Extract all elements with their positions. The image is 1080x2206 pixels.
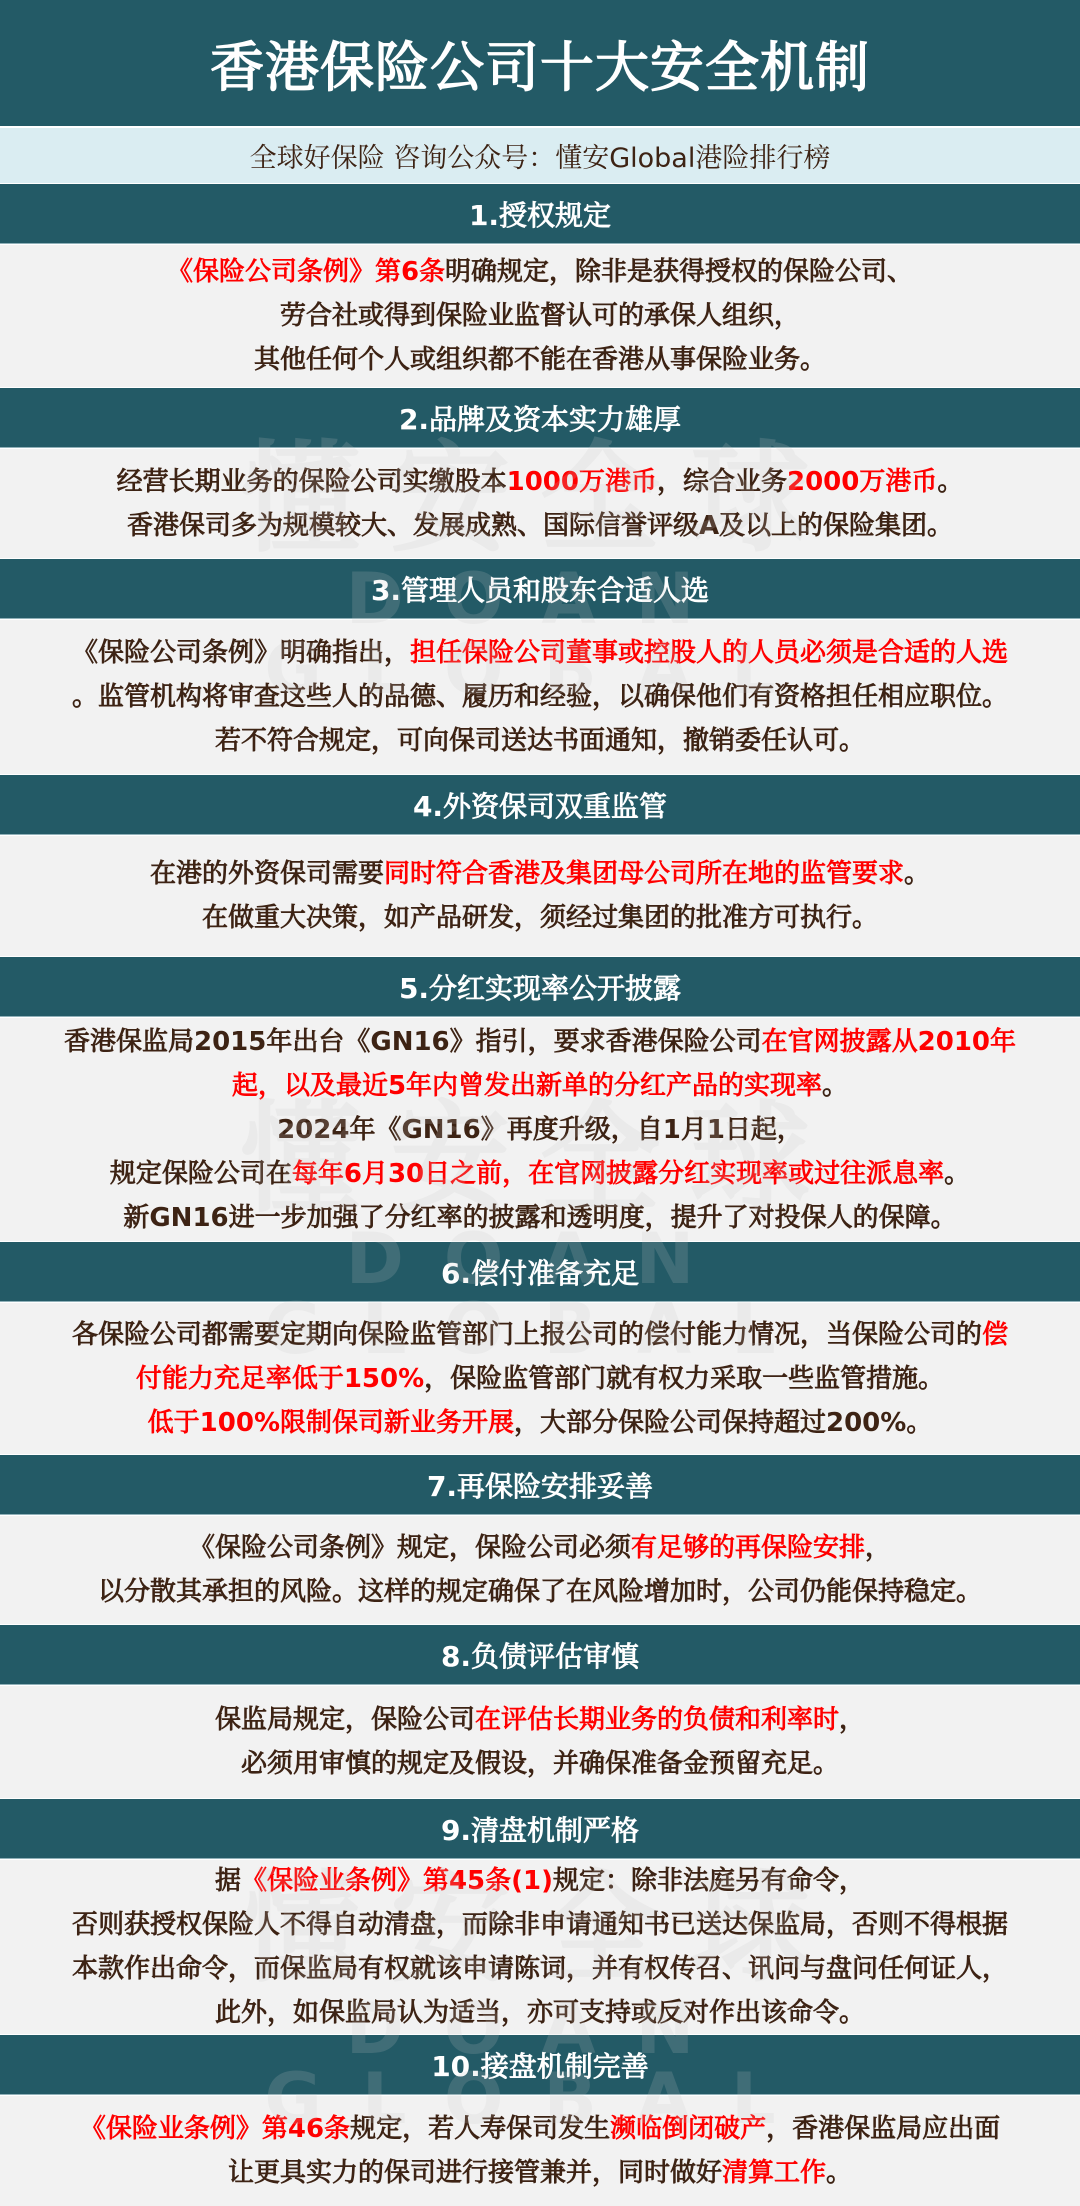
section-body-6: 各保险公司都需要定期向保险监管部门上报公司的偿付能力情况，当保险公司的偿付能力充… [0,1303,1080,1454]
subtitle-banner: 全球好保险 咨询公众号：懂安Global港险排行榜 [0,128,1080,183]
body-text: 让更具实力的保司进行接管兼并，同时做好 [228,2158,722,2188]
body-line: 《保险业条例》第46条规定，若人寿保司发生濒临倒闭破产，香港保监局应出面 [80,2107,1000,2151]
section-header-4: 4.外资保司双重监管 [0,775,1080,835]
body-line: 新GN16进一步加强了分红率的披露和透明度，提升了对投保人的保障。 [123,1196,956,1240]
body-line: 《保险公司条例》第6条明确规定，除非是获得授权的保险公司、 [167,250,913,294]
section-body-7: 《保险公司条例》规定，保险公司必须有足够的再保险安排，以分散其承担的风险。这样的… [0,1516,1080,1624]
body-text: 各保险公司都需要定期向保险监管部门上报公司的偿付能力情况，当保险公司的 [72,1320,982,1350]
highlight-text: 清算工作 [722,2158,826,2188]
body-line: 否则获授权保险人不得自动清盘，而除非申请通知书已送达保监局，否则不得根据 [72,1903,1008,1947]
body-line: 保监局规定，保险公司在评估长期业务的负债和利率时， [215,1698,865,1742]
body-text: 2024年《GN16》再度升级，自1月1日起， [277,1115,803,1145]
section-body-3: 《保险公司条例》明确指出，担任保险公司董事或控股人的人员必须是合适的人选。监管机… [0,620,1080,774]
section-title: 7.再保险安排妥善 [427,1465,653,1505]
body-text: 香港保监局2015年出台《GN16》指引，要求香港保险公司 [64,1027,762,1057]
body-text: 规定：除非法庭另有命令， [553,1866,865,1896]
section-header-3: 3.管理人员和股东合适人选 [0,559,1080,619]
body-text: 。监管机构将审查这些人的品德、履历和经验，以确保他们有资格担任相应职位。 [72,682,1008,712]
body-line: 劳合社或得到保险业监督认可的承保人组织， [280,294,800,338]
section-header-8: 8.负债评估审慎 [0,1625,1080,1685]
highlight-text: 《保险公司条例》第6条 [167,257,445,287]
section-title: 6.偿付准备充足 [441,1252,639,1292]
body-line: 《保险公司条例》明确指出，担任保险公司董事或控股人的人员必须是合适的人选 [72,631,1008,675]
body-text: 新GN16进一步加强了分红率的披露和透明度，提升了对投保人的保障。 [123,1203,956,1233]
highlight-text: 付能力充足率低于150% [136,1364,424,1394]
highlight-text: 在评估长期业务的负债和利率时 [475,1705,839,1735]
body-text: 《保险公司条例》明确指出， [72,638,410,668]
highlight-text: 濒临倒闭破产 [610,2114,766,2144]
subtitle-text: 全球好保险 咨询公众号：懂安Global港险排行榜 [250,136,831,175]
body-line: 各保险公司都需要定期向保险监管部门上报公司的偿付能力情况，当保险公司的偿 [72,1313,1008,1357]
section-body-8: 保监局规定，保险公司在评估长期业务的负债和利率时，必须用审慎的规定及假设，并确保… [0,1686,1080,1798]
body-text: 香港保司多为规模较大、发展成熟、国际信誉评级A及以上的保险集团。 [127,511,953,541]
body-text: 若不符合规定，可向保司送达书面通知，撤销委任认可。 [215,726,865,756]
body-text: 经营长期业务的保险公司实缴股本 [117,467,507,497]
body-text: ， [839,1705,865,1735]
section-header-9: 9.清盘机制严格 [0,1799,1080,1859]
body-text: 此外，如保监局认为适当，亦可支持或反对作出该命令。 [215,1998,865,2028]
body-text: 在港的外资保司需要 [150,859,384,889]
highlight-text: 起，以及最近5年内曾发出新单的分红产品的实现率 [232,1071,822,1101]
body-text: 明确规定，除非是获得授权的保险公司、 [445,257,913,287]
body-line: 若不符合规定，可向保司送达书面通知，撤销委任认可。 [215,719,865,763]
body-text: 在做重大决策，如产品研发，须经过集团的批准方可执行。 [202,903,878,933]
body-line: 让更具实力的保司进行接管兼并，同时做好清算工作。 [228,2151,852,2195]
highlight-text: 每年6月30日之前，在官网披露分红实现率或过往派息率 [292,1159,944,1189]
body-text: 。 [944,1159,970,1189]
body-text: 以分散其承担的风险。这样的规定确保了在风险增加时，公司仍能保持稳定。 [98,1577,982,1607]
body-text: 规定，若人寿保司发生 [350,2114,610,2144]
highlight-text: 同时符合香港及集团母公司所在地的监管要求 [384,859,904,889]
body-line: 在做重大决策，如产品研发，须经过集团的批准方可执行。 [202,896,878,940]
body-line: 据《保险业条例》第45条(1)规定：除非法庭另有命令， [215,1860,865,1903]
body-text: 据 [215,1866,241,1896]
highlight-text: 1000万港币 [507,467,657,497]
highlight-text: 担任保险公司董事或控股人的人员必须是合适的人选 [410,638,1008,668]
page-title: 香港保险公司十大安全机制 [0,0,1080,126]
section-header-2: 2.品牌及资本实力雄厚 [0,388,1080,448]
highlight-text: 有足够的再保险安排 [631,1533,865,1563]
body-line: 必须用审慎的规定及假设，并确保准备金预留充足。 [241,1742,839,1786]
body-line: 经营长期业务的保险公司实缴股本1000万港币，综合业务2000万港币。 [117,460,964,504]
body-line: 《保险公司条例》规定，保险公司必须有足够的再保险安排， [189,1526,891,1570]
section-title: 1.授权规定 [469,194,611,234]
section-header-7: 7.再保险安排妥善 [0,1455,1080,1515]
highlight-text: 偿 [982,1320,1008,1350]
body-text: ，大部分保险公司保持超过200%。 [514,1408,932,1438]
section-title: 3.管理人员和股东合适人选 [371,569,709,609]
body-text: 劳合社或得到保险业监督认可的承保人组织， [280,301,800,331]
body-text: 。 [937,467,963,497]
body-text: 其他任何个人或组织都不能在香港从事保险业务。 [254,345,826,375]
body-line: 此外，如保监局认为适当，亦可支持或反对作出该命令。 [215,1991,865,2034]
body-line: 本款作出命令，而保监局有权就该申请陈词，并有权传召、讯问与盘问任何证人， [72,1947,1008,1991]
highlight-text: 低于100%限制保司新业务开展 [148,1408,514,1438]
body-line: 付能力充足率低于150%，保险监管部门就有权力采取一些监管措施。 [136,1357,944,1401]
section-title: 4.外资保司双重监管 [413,785,667,825]
body-text: ，综合业务 [657,467,787,497]
section-body-9: 据《保险业条例》第45条(1)规定：除非法庭另有命令，否则获授权保险人不得自动清… [0,1860,1080,2034]
body-line: 。监管机构将审查这些人的品德、履历和经验，以确保他们有资格担任相应职位。 [72,675,1008,719]
section-body-4: 在港的外资保司需要同时符合香港及集团母公司所在地的监管要求。在做重大决策，如产品… [0,836,1080,956]
section-body-5: 香港保监局2015年出台《GN16》指引，要求香港保险公司在官网披露从2010年… [0,1018,1080,1241]
highlight-text: 《保险业条例》第45条(1) [241,1866,553,1896]
section-header-5: 5.分红实现率公开披露 [0,957,1080,1017]
section-title: 5.分红实现率公开披露 [399,967,681,1007]
body-text: 本款作出命令，而保监局有权就该申请陈词，并有权传召、讯问与盘问任何证人， [72,1954,1008,1984]
body-text: 《保险公司条例》规定，保险公司必须 [189,1533,631,1563]
page-title-text: 香港保险公司十大安全机制 [210,25,870,102]
body-line: 低于100%限制保司新业务开展，大部分保险公司保持超过200%。 [148,1401,933,1445]
section-title: 2.品牌及资本实力雄厚 [399,398,681,438]
section-header-6: 6.偿付准备充足 [0,1242,1080,1302]
section-body-10: 《保险业条例》第46条规定，若人寿保司发生濒临倒闭破产，香港保监局应出面让更具实… [0,2096,1080,2206]
body-text: 否则获授权保险人不得自动清盘，而除非申请通知书已送达保监局，否则不得根据 [72,1910,1008,1940]
body-text: 保监局规定，保险公司 [215,1705,475,1735]
body-text: ， [865,1533,891,1563]
body-text: 。 [826,2158,852,2188]
body-line: 规定保险公司在每年6月30日之前，在官网披露分红实现率或过往派息率。 [110,1152,970,1196]
body-text: ，香港保监局应出面 [766,2114,1000,2144]
section-body-2: 经营长期业务的保险公司实缴股本1000万港币，综合业务2000万港币。香港保司多… [0,449,1080,558]
body-line: 香港保司多为规模较大、发展成熟、国际信誉评级A及以上的保险集团。 [127,504,953,548]
section-title: 9.清盘机制严格 [441,1809,639,1849]
highlight-text: 《保险业条例》第46条 [80,2114,350,2144]
body-text: ，保险监管部门就有权力采取一些监管措施。 [424,1364,944,1394]
section-header-1: 1.授权规定 [0,184,1080,244]
body-line: 起，以及最近5年内曾发出新单的分红产品的实现率。 [232,1064,848,1108]
body-line: 以分散其承担的风险。这样的规定确保了在风险增加时，公司仍能保持稳定。 [98,1570,982,1614]
body-text: 。 [822,1071,848,1101]
body-line: 在港的外资保司需要同时符合香港及集团母公司所在地的监管要求。 [150,852,930,896]
body-text: 。 [904,859,930,889]
body-line: 香港保监局2015年出台《GN16》指引，要求香港保险公司在官网披露从2010年 [64,1020,1016,1064]
section-title: 8.负债评估审慎 [441,1635,639,1675]
body-line: 其他任何个人或组织都不能在香港从事保险业务。 [254,338,826,382]
section-header-10: 10.接盘机制完善 [0,2035,1080,2095]
section-body-1: 《保险公司条例》第6条明确规定，除非是获得授权的保险公司、劳合社或得到保险业监督… [0,245,1080,387]
section-title: 10.接盘机制完善 [431,2045,649,2085]
highlight-text: 2000万港币 [787,467,937,497]
body-text: 必须用审慎的规定及假设，并确保准备金预留充足。 [241,1749,839,1779]
body-line: 2024年《GN16》再度升级，自1月1日起， [277,1108,803,1152]
highlight-text: 在官网披露从2010年 [762,1027,1016,1057]
body-text: 规定保险公司在 [110,1159,292,1189]
